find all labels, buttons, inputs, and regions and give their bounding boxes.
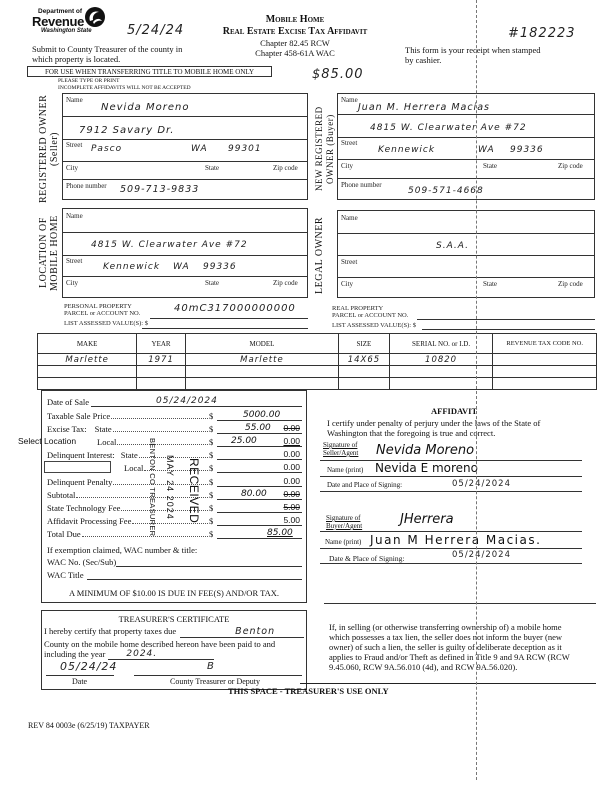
lien-notice: If, in selling (or otherwise transferrin… [329,622,579,672]
col-model: MODEL [185,334,338,354]
form-title: Mobile Home Real Estate Excise Tax Affid… [210,14,380,58]
legal-owner-state-label: State [483,280,497,288]
legal-owner-name-label: Name [341,214,358,222]
legal-owner-box: Name S.A.A. Street City State Zip code [337,210,595,298]
chapter-wac: Chapter 458-61A WAC [210,48,380,58]
state-technology-fee-field[interactable]: 5.00 [217,502,302,513]
col-make: MAKE [38,334,137,354]
excise-state-field[interactable]: 55.000.00 [217,423,302,434]
vehicle-table-header: MAKE YEAR MODEL SIZE SERIAL NO. or I.D. … [38,334,597,354]
treasurer-line3: including the year 2024. [44,649,214,660]
seller-date-row: Date and Place of Signing: 05/24/2024 [320,479,582,492]
seller-name-print-field[interactable]: Nevida E moreno [375,461,478,475]
fee-row-taxable-sale-price: Taxable Sale Price$ 5000.00 [47,408,302,421]
date-of-sale-row: Date of Sale 05/24/2024 [47,395,302,407]
buyer-name-print-row: Name (print) Juan M Herrera Macias. [320,534,582,549]
size-cell[interactable] [339,378,390,390]
taxable-sale-price-field[interactable]: 5000.00 [217,410,302,421]
table-row [38,366,597,378]
seller-phone-field[interactable]: 509-713-9833 [120,184,199,195]
seller-signature-field[interactable]: Nevida Moreno [376,443,474,458]
fee-row-excise-state: Excise Tax:State$ 55.000.00 [47,421,302,434]
make-cell[interactable] [38,378,137,390]
excise-local-field[interactable]: 25.000.00 [217,436,302,447]
buyer-signature-label: Signature of Buyer/Agent [326,514,368,530]
revenue-logo: Department of Revenue Washington State [32,6,107,36]
handwritten-date: 5/24/24 [127,23,184,38]
legal-owner-name-field[interactable]: S.A.A. [436,241,469,251]
table-row [38,378,597,390]
serial-cell[interactable] [389,378,493,390]
seller-name-print-label: Name (print) [327,466,363,474]
col-tax-code: REVENUE TAX CODE NO. [493,334,597,354]
location-street-field[interactable]: 4815 W. Clearwater Ave #72 [91,240,248,250]
print-notice: PLEASE TYPE OR PRINT [58,78,119,84]
size-cell[interactable] [339,366,390,378]
seller-date-field[interactable]: 05/24/2024 [452,479,511,489]
location-street-label: Street [66,257,82,265]
wac-title-field[interactable] [87,570,302,580]
transfer-notice: FOR USE WHEN TRANSFERRING TITLE TO MOBIL… [28,67,271,77]
model-cell[interactable]: Marlette [185,354,338,366]
total-due-field[interactable]: 85.00 [217,528,302,539]
treasurer-certificate-box: TREASURER'S CERTIFICATE I hereby certify… [41,610,307,690]
size-cell[interactable]: 14X65 [339,354,390,366]
treasurer-line1: I hereby certify that property taxes due… [44,626,304,638]
wac-title-label: WAC Title [47,570,84,580]
seller-state-label: State [205,164,219,172]
model-cell[interactable] [185,366,338,378]
seller-signature-row: Signature of Seller/Agent Nevida Moreno [320,441,582,461]
exemption-label: If exemption claimed, WAC number & title… [47,545,197,555]
seller-street-field[interactable]: 7912 Savary Dr. [79,125,174,136]
make-cell[interactable] [38,366,137,378]
affidavit-statement: I certify under penalty of perjury under… [327,418,572,438]
fee-row-total-due: Total Due$ 85.00 [47,526,302,539]
buyer-phone-label: Phone number [341,181,382,189]
delinquent-penalty-field[interactable]: 0.00 [217,476,302,487]
buyer-name-print-field[interactable]: Juan M Herrera Macias. [370,533,541,547]
legal-owner-city-label: City [341,280,353,288]
buyer-zip-label: Zip code [558,162,583,170]
location-select[interactable] [44,461,111,473]
serial-cell[interactable] [389,366,493,378]
seller-name-label: Name [66,96,83,104]
treasurer-deputy-label: County Treasurer or Deputy [170,677,260,686]
treasurer-deputy-initial[interactable]: B [207,661,215,672]
receipt-note: This form is your receipt when stamped b… [405,45,550,65]
col-serial: SERIAL NO. or I.D. [389,334,493,354]
real-parcel-label: PARCEL or ACCOUNT NO. [332,312,408,319]
date-of-sale-label: Date of Sale [47,397,89,407]
buyer-signature-field[interactable]: JHerrera [400,512,454,527]
logo-revenue-text: Revenue [32,14,84,29]
handwritten-amount: $85.00 [312,67,364,82]
treasurer-county-field[interactable]: Benton [180,626,304,638]
treasurer-date-field[interactable]: 05/24/24 [60,660,117,673]
location-city-field[interactable]: Kennewick [103,262,160,272]
buyer-zip-field[interactable]: 99336 [510,145,544,155]
location-name-label: Name [66,212,83,220]
delinquent-interest-state-field[interactable]: 0.00 [217,449,302,460]
legal-owner-street-label: Street [341,258,357,266]
location-state-label: State [205,279,219,287]
date-of-sale-field[interactable]: 05/24/2024 [91,396,302,407]
table-row: Marlette 1971 Marlette 14X65 10820 [38,354,597,366]
buyer-state-label: State [483,162,497,170]
transfer-notice-box: FOR USE WHEN TRANSFERRING TITLE TO MOBIL… [27,66,272,77]
affidavit-title: AFFIDAVIT [431,406,477,416]
buyer-city-field[interactable]: Kennewick [378,145,435,155]
seller-street-label: Street [66,141,82,149]
personal-parcel-label: PARCEL or ACCOUNT NO. [64,310,140,317]
stamp-office: BENTON CO TREASURER [148,438,157,536]
treasurer-year-field[interactable]: 2024. [108,649,214,660]
location-zip-label: Zip code [273,279,298,287]
serial-cell[interactable]: 10820 [389,354,493,366]
personal-property-label: PERSONAL PROPERTY [64,303,132,310]
buyer-street-label: Street [341,139,357,147]
seller-name-field[interactable]: Nevida Moreno [101,102,189,113]
tax-code-cell[interactable] [493,378,597,390]
seller-box: Name Nevida Moreno 7912 Savary Dr. Stree… [62,93,308,200]
year-cell[interactable] [137,366,186,378]
tax-code-cell[interactable] [493,366,597,378]
subtotal-field[interactable]: 80.000.00 [217,489,302,500]
buyer-city-label: City [341,162,353,170]
receipt-number: #182223 [508,26,576,41]
location-state-field[interactable]: WA [173,262,190,272]
buyer-street-field[interactable]: 4815 W. Clearwater Ave #72 [370,123,527,133]
buyer-signature-row: Signature of Buyer/Agent JHerrera [320,512,582,532]
buyer-date-row: Date & Place of Signing: 05/24/2024 [320,551,582,564]
personal-parcel-field[interactable]: 40mC317000000000 [174,303,296,314]
seller-zip-label: Zip code [273,164,298,172]
real-property-label: REAL PROPERTY [332,305,383,312]
incomplete-notice: INCOMPLETE AFFIDAVITS WILL NOT BE ACCEPT… [58,85,191,91]
buyer-box: Name Juan M. Herrera Macias 4815 W. Clea… [337,93,595,200]
make-cell[interactable]: Marlette [38,354,137,366]
revenue-swirl-icon [84,6,106,28]
seller-section-label: REGISTERED OWNER (Seller) [38,94,64,204]
seller-date-label: Date and Place of Signing: [327,481,402,489]
col-year: YEAR [137,334,186,354]
form-title-line2: Real Estate Excise Tax Affidavit [210,26,380,37]
submit-note: Submit to County Treasurer of the county… [32,44,202,64]
logo-state-text: Washington State [41,28,92,34]
buyer-name-label: Name [341,96,358,104]
vehicle-table: MAKE YEAR MODEL SIZE SERIAL NO. or I.D. … [37,333,597,390]
seller-city-field[interactable]: Pasco [91,144,122,154]
affidavit-processing-fee-field[interactable]: 5.00 [217,515,302,526]
treasurer-date-label: Date [72,677,87,686]
stamp-date: MAY 24 2024 [165,455,175,520]
select-location-label: Select Location [18,436,76,446]
seller-zip-field[interactable]: 99301 [228,144,262,154]
personal-assessed-label: LIST ASSESSED VALUE(S): $ [64,320,148,327]
buyer-date-field[interactable]: 05/24/2024 [452,550,511,560]
real-assessed-label: LIST ASSESSED VALUE(S): $ [332,322,416,329]
fee-row-excise-local: Local$ 25.000.00 [97,434,302,447]
location-city-label: City [66,279,78,287]
treasurer-certificate-title: TREASURER'S CERTIFICATE [42,614,306,624]
delinquent-interest-local-field[interactable]: 0.00 [217,462,302,473]
stamp-status: RECEIVED [187,458,201,523]
wac-no-label: WAC No. (Sec/Sub) [47,557,116,567]
seller-name-print-row: Name (print) Nevida E moreno [320,463,582,477]
buyer-date-label: Date & Place of Signing: [329,554,404,563]
buyer-name-field[interactable]: Juan M. Herrera Macias [358,102,490,113]
minimum-notice: A MINIMUM OF $10.00 IS DUE IN FEE(S) AND… [41,588,307,598]
year-cell[interactable]: 1971 [137,354,186,366]
tax-code-cell[interactable] [493,354,597,366]
seller-state-field[interactable]: WA [191,144,208,154]
treasurer-line2: County on the mobile home described here… [44,639,275,649]
chapter-rcw: Chapter 82.45 RCW [210,38,380,48]
model-cell[interactable] [185,378,338,390]
year-cell[interactable] [137,378,186,390]
location-zip-field[interactable]: 99336 [203,262,237,272]
form-title-line1: Mobile Home [210,14,380,25]
seller-signature-label: Signature of Seller/Agent [323,441,365,457]
col-size: SIZE [339,334,390,354]
buyer-state-field[interactable]: WA [478,145,495,155]
wac-title-row: WAC Title [47,570,302,580]
legal-owner-zip-label: Zip code [558,280,583,288]
treasurer-use-only: THIS SPACE - TREASURER'S USE ONLY [228,686,389,696]
wac-no-row: WAC No. (Sec/Sub) [47,557,302,567]
form-footer: REV 84 0003e (6/25/19) TAXPAYER [28,721,150,730]
wac-no-field[interactable] [116,557,302,567]
seller-city-label: City [66,164,78,172]
location-box: Name 4815 W. Clearwater Ave #72 Street K… [62,208,308,298]
scan-fold-line [476,0,477,780]
buyer-name-print-label: Name (print) [325,538,361,546]
location-section-label: LOCATION OF MOBILE HOME [38,208,64,298]
buyer-phone-field[interactable]: 509-571-4668 [408,186,484,196]
seller-phone-label: Phone number [66,182,107,190]
